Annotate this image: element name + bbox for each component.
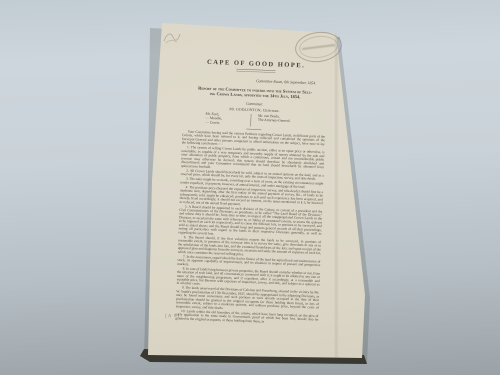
report-paragraph-5: 5. A Board should be appointed in each d… xyxy=(178,205,322,240)
printed-text-block: CAPE OF GOOD HOPE. Committee Room, 6th S… xyxy=(175,54,328,326)
report-body: Your Committee having read the various P… xyxy=(175,130,325,326)
title-rule xyxy=(236,69,275,73)
committee-column-right: Mr. van Breda, The Attorney-General. xyxy=(251,113,317,128)
photograph-of-document: CAPE OF GOOD HOPE. Committee Room, 6th S… xyxy=(0,0,500,375)
committee-member: — Cowie, xyxy=(205,120,250,126)
report-heading: Report of the Committee to inquire into … xyxy=(183,85,326,100)
committee-member: The Attorney-General. xyxy=(258,118,317,124)
dateline: Committee Room, 6th September, 1854. xyxy=(184,76,327,86)
pencil-inscription: [A 6] xyxy=(165,314,181,320)
pencil-squiggle-mark xyxy=(162,29,182,45)
committee-column-left: Mr. Ford, — Moodie, — Cowie, xyxy=(191,111,250,126)
section-rule xyxy=(246,129,261,130)
